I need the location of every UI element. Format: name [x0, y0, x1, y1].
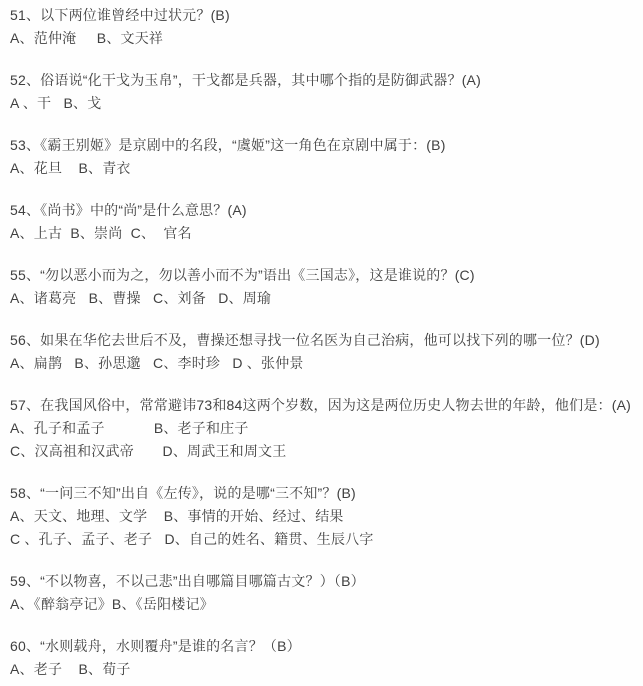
question-54-options: A、上古 B、崇尚 C、 官名 — [10, 222, 633, 245]
question-55-options: A、诸葛亮 B、曹操 C、刘备 D、周瑜 — [10, 287, 633, 310]
question-60-options: A、老子 B、荀子 — [10, 658, 633, 681]
question-block-54: 54、《尚书》中的“尚”是什么意思？(A) A、上古 B、崇尚 C、 官名 — [10, 199, 633, 245]
question-block-55: 55、“勿以恶小而为之，勿以善小而不为”语出《三国志》，这是谁说的？(C) A、… — [10, 264, 633, 310]
question-58-options-row-2: C 、孔子、孟子、老子 D、自己的姓名、籍贯、生辰八字 — [10, 528, 633, 551]
question-block-57: 57、在我国风俗中，常常避讳73和84这两个岁数，因为这是两位历史人物去世的年龄… — [10, 394, 633, 463]
question-57-options-row-2: C、汉高祖和汉武帝 D、周武王和周文王 — [10, 440, 633, 463]
question-51-text: 51、以下两位谁曾经中过状元？(B) — [10, 4, 633, 27]
question-58-text: 58、“一问三不知”出自《左传》，说的是哪“三不知”？(B) — [10, 482, 633, 505]
question-57-text: 57、在我国风俗中，常常避讳73和84这两个岁数，因为这是两位历史人物去世的年龄… — [10, 394, 633, 417]
question-block-52: 52、俗语说“化干戈为玉帛”，干戈都是兵器，其中哪个指的是防御武器？(A) A … — [10, 69, 633, 115]
question-56-options: A、扁鹊 B、孙思邈 C、李时珍 D 、张仲景 — [10, 352, 633, 375]
question-52-text: 52、俗语说“化干戈为玉帛”，干戈都是兵器，其中哪个指的是防御武器？(A) — [10, 69, 633, 92]
question-53-text: 53、《霸王别姬》是京剧中的名段，“虞姬”这一角色在京剧中属于：(B) — [10, 134, 633, 157]
question-57-options-row-1: A、孔子和孟子 B、老子和庄子 — [10, 417, 633, 440]
question-58-options-row-1: A、天文、地理、文学 B、事情的开始、经过、结果 — [10, 505, 633, 528]
question-55-text: 55、“勿以恶小而为之，勿以善小而不为”语出《三国志》，这是谁说的？(C) — [10, 264, 633, 287]
question-54-text: 54、《尚书》中的“尚”是什么意思？(A) — [10, 199, 633, 222]
question-block-56: 56、如果在华佗去世后不及，曹操还想寻找一位名医为自己治病，他可以找下列的哪一位… — [10, 329, 633, 375]
question-block-59: 59、“不以物喜，不以己悲”出自哪篇目哪篇古文？）（B） A、《醉翁亭记》B、《… — [10, 570, 633, 616]
question-52-options: A 、干 B、戈 — [10, 92, 633, 115]
question-block-51: 51、以下两位谁曾经中过状元？(B) A、范仲淹 B、文天祥 — [10, 4, 633, 50]
question-60-text: 60、“水则载舟，水则覆舟”是谁的名言？（B） — [10, 635, 633, 658]
question-block-53: 53、《霸王别姬》是京剧中的名段，“虞姬”这一角色在京剧中属于：(B) A、花旦… — [10, 134, 633, 180]
quiz-page: 51、以下两位谁曾经中过状元？(B) A、范仲淹 B、文天祥 52、俗语说“化干… — [0, 0, 643, 686]
question-59-text: 59、“不以物喜，不以己悲”出自哪篇目哪篇古文？）（B） — [10, 570, 633, 593]
question-53-options: A、花旦 B、青衣 — [10, 157, 633, 180]
question-51-options: A、范仲淹 B、文天祥 — [10, 27, 633, 50]
question-block-58: 58、“一问三不知”出自《左传》，说的是哪“三不知”？(B) A、天文、地理、文… — [10, 482, 633, 551]
question-block-60: 60、“水则载舟，水则覆舟”是谁的名言？（B） A、老子 B、荀子 — [10, 635, 633, 681]
question-56-text: 56、如果在华佗去世后不及，曹操还想寻找一位名医为自己治病，他可以找下列的哪一位… — [10, 329, 633, 352]
question-59-options: A、《醉翁亭记》B、《岳阳楼记》 — [10, 593, 633, 616]
